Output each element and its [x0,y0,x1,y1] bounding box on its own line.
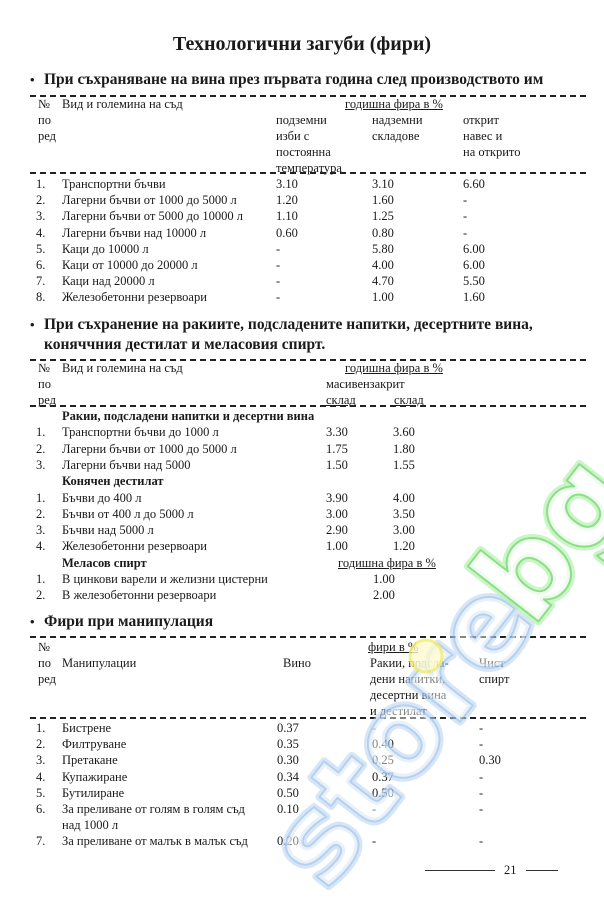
vessel-name: Железобетонни резервоари [62,538,207,554]
underground-value: - [276,289,280,305]
underground-value: - [276,241,280,257]
col-vessel-header: Вид и големина на съд [62,360,183,376]
open-value: - [463,208,467,224]
wine-value: 0.37 [277,720,299,736]
col-underground-header: постоянна [276,144,331,160]
col-underground-header: подземни [276,112,327,128]
spirits-value: - [372,833,376,849]
massive-value: 1.50 [326,457,348,473]
vessel-name: Каци над 20000 л [62,273,155,289]
massive-value: 1.00 [326,538,348,554]
group-title: Ракии, подсладени напитки и десертни вин… [62,408,314,424]
vessel-name: Бъчви до 400 л [62,490,142,506]
manipulation-name: Бистрене [62,720,111,736]
row-number: 3. [36,208,45,224]
col-no-header: ред [38,671,56,687]
row-number: 7. [36,833,45,849]
row-number: 5. [36,241,45,257]
col-no-header: № [38,96,50,112]
closed-value: 4.00 [393,490,415,506]
pure-spirit-value: 0.30 [479,752,501,768]
section1-heading-text: При съхраняване на вина през първата год… [44,71,543,88]
row-number: 4. [36,769,45,785]
wine-value: 0.34 [277,769,299,785]
aboveground-value: 0.80 [372,225,394,241]
divider [30,636,586,638]
section2-heading-line1: При съхранение на ракиите, подсладените … [44,316,533,333]
closed-value: 1.80 [393,441,415,457]
massive-value: 3.30 [326,424,348,440]
bullet-icon: • [30,317,44,333]
col-open-header: открит [463,112,499,128]
underground-value: 1.10 [276,208,298,224]
row-number: 5. [36,785,45,801]
spirits-value: - [372,720,376,736]
col-spirits-header: Ракии, подсла- [370,655,449,671]
section2-heading: •При съхранение на ракиите, подсладените… [30,316,533,334]
row-number: 2. [36,587,45,603]
col-spirits-header: дени напитки, [370,671,445,687]
vessel-name: В цинкови варели и желизни цистерни [62,571,268,587]
row-number: 3. [36,522,45,538]
bullet-icon: • [30,614,44,630]
wine-value: 0.20 [277,833,299,849]
closed-value: 1.20 [393,538,415,554]
aboveground-value: 4.70 [372,273,394,289]
group-header: фири в % [368,639,418,655]
pure-spirit-value: - [479,801,483,817]
open-value: 5.50 [463,273,485,289]
col-pure-spirit-header: спирт [479,671,509,687]
row-number: 1. [36,571,45,587]
col-manipulation-header: Манипулации [62,655,136,671]
aboveground-value: 1.60 [372,192,394,208]
vessel-name: Каци от 10000 до 20000 л [62,257,198,273]
group-title: Меласов спирт [62,555,147,571]
wine-value: 0.10 [277,801,299,817]
pure-spirit-value: - [479,769,483,785]
manipulation-name: Претакане [62,752,118,768]
open-value: 6.00 [463,241,485,257]
divider [30,172,586,174]
underground-value: - [276,257,280,273]
vessel-name: Транспортни бъчви до 1000 л [62,424,219,440]
massive-value: 3.00 [326,506,348,522]
section3-heading-text: Фири при манипулация [44,613,213,630]
spirits-value: 0.37 [372,769,394,785]
manipulation-name: За преливане от малък в малък съд [62,833,248,849]
page-number: 21 [504,862,517,878]
row-number: 7. [36,273,45,289]
row-number: 2. [36,192,45,208]
aboveground-value: 1.25 [372,208,394,224]
manipulation-name: Филтруване [62,736,126,752]
row-number: 6. [36,257,45,273]
row-number: 1. [36,176,45,192]
vessel-name: Лагерни бъчви от 1000 до 5000 л [62,441,237,457]
group-title: Конячен дестилат [62,473,164,489]
footer-rule [425,870,495,871]
row-number: 1. [36,490,45,506]
spirits-value: - [372,801,376,817]
row-number: 4. [36,225,45,241]
group-header: годишна фира в % [338,555,436,571]
aboveground-value: 4.00 [372,257,394,273]
aboveground-value: 3.10 [372,176,394,192]
divider [30,405,586,407]
svg-text:bg: bg [446,428,604,646]
closed-value: 3.00 [393,522,415,538]
svg-text:bg: bg [446,428,604,646]
pure-spirit-value: - [479,736,483,752]
col-wine-header: Вино [283,655,311,671]
col-no-header: по [38,112,51,128]
vessel-name: Транспортни бъчви [62,176,166,192]
col-storage-header: масивензакрит [326,376,405,392]
annual-loss-value: 2.00 [373,587,395,603]
open-value: - [463,225,467,241]
col-open-header: на открито [463,144,520,160]
row-number: 1. [36,424,45,440]
underground-value: - [276,273,280,289]
spirits-value: 0.40 [372,736,394,752]
row-number: 2. [36,736,45,752]
pure-spirit-value: - [479,833,483,849]
underground-value: 3.10 [276,176,298,192]
footer-rule [526,870,558,871]
manipulation-name: Бутилиране [62,785,124,801]
group-header: годишна фира в % [345,96,443,112]
col-no-header: № [38,639,50,655]
manipulation-name-cont: над 1000 л [62,817,118,833]
row-number: 3. [36,752,45,768]
closed-value: 3.50 [393,506,415,522]
col-vessel-header: Вид и големина на съд [62,96,183,112]
underground-value: 0.60 [276,225,298,241]
vessel-name: Лагерни бъчви над 10000 л [62,225,206,241]
bullet-icon: • [30,72,44,88]
aboveground-value: 5.80 [372,241,394,257]
annual-loss-value: 1.00 [373,571,395,587]
col-no-header: по [38,655,51,671]
vessel-name: В железобетонни резервоари [62,587,216,603]
pure-spirit-value: - [479,720,483,736]
row-number: 4. [36,538,45,554]
row-number: 8. [36,289,45,305]
row-number: 6. [36,801,45,817]
col-pure-spirit-header: Чист [479,655,505,671]
underground-value: 1.20 [276,192,298,208]
col-no-header: по [38,376,51,392]
section3-heading: •Фири при манипулация [30,613,213,631]
section1-heading: •При съхраняване на вина през първата го… [30,71,543,89]
vessel-name: Лагерни бъчви от 1000 до 5000 л [62,192,237,208]
vessel-name: Бъчви от 400 л до 5000 л [62,506,194,522]
row-number: 2. [36,506,45,522]
wine-value: 0.35 [277,736,299,752]
manipulation-name: Купажиране [62,769,127,785]
pure-spirit-value: - [479,785,483,801]
vessel-name: Лагерни бъчви над 5000 [62,457,191,473]
group-header: годишна фира в % [345,360,443,376]
wine-value: 0.30 [277,752,299,768]
closed-value: 1.55 [393,457,415,473]
closed-value: 3.60 [393,424,415,440]
open-value: 1.60 [463,289,485,305]
wine-value: 0.50 [277,785,299,801]
massive-value: 2.90 [326,522,348,538]
section2-heading-line2: коняччния дестилат и меласовия спирт. [44,336,325,354]
page-title: Технологични загуби (фири) [0,33,604,56]
col-no-header: ред [38,128,56,144]
col-spirits-header: десертни вина [370,687,446,703]
open-value: 6.00 [463,257,485,273]
col-aboveground-header: надземни [372,112,423,128]
spirits-value: 0.25 [372,752,394,768]
vessel-name: Лагерни бъчви от 5000 до 10000 л [62,208,243,224]
col-no-header: № [38,360,50,376]
vessel-name: Каци до 10000 л [62,241,149,257]
col-underground-header: изби с [276,128,309,144]
spirits-value: 0.50 [372,785,394,801]
open-value: 6.60 [463,176,485,192]
massive-value: 3.90 [326,490,348,506]
aboveground-value: 1.00 [372,289,394,305]
vessel-name: Железобетонни резервоари [62,289,207,305]
divider [30,717,586,719]
manipulation-name: За преливане от голям в голям съд [62,801,245,817]
col-open-header: навес и [463,128,502,144]
open-value: - [463,192,467,208]
row-number: 3. [36,457,45,473]
vessel-name: Бъчви над 5000 л [62,522,154,538]
row-number: 2. [36,441,45,457]
col-aboveground-header: складове [372,128,419,144]
massive-value: 1.75 [326,441,348,457]
row-number: 1. [36,720,45,736]
